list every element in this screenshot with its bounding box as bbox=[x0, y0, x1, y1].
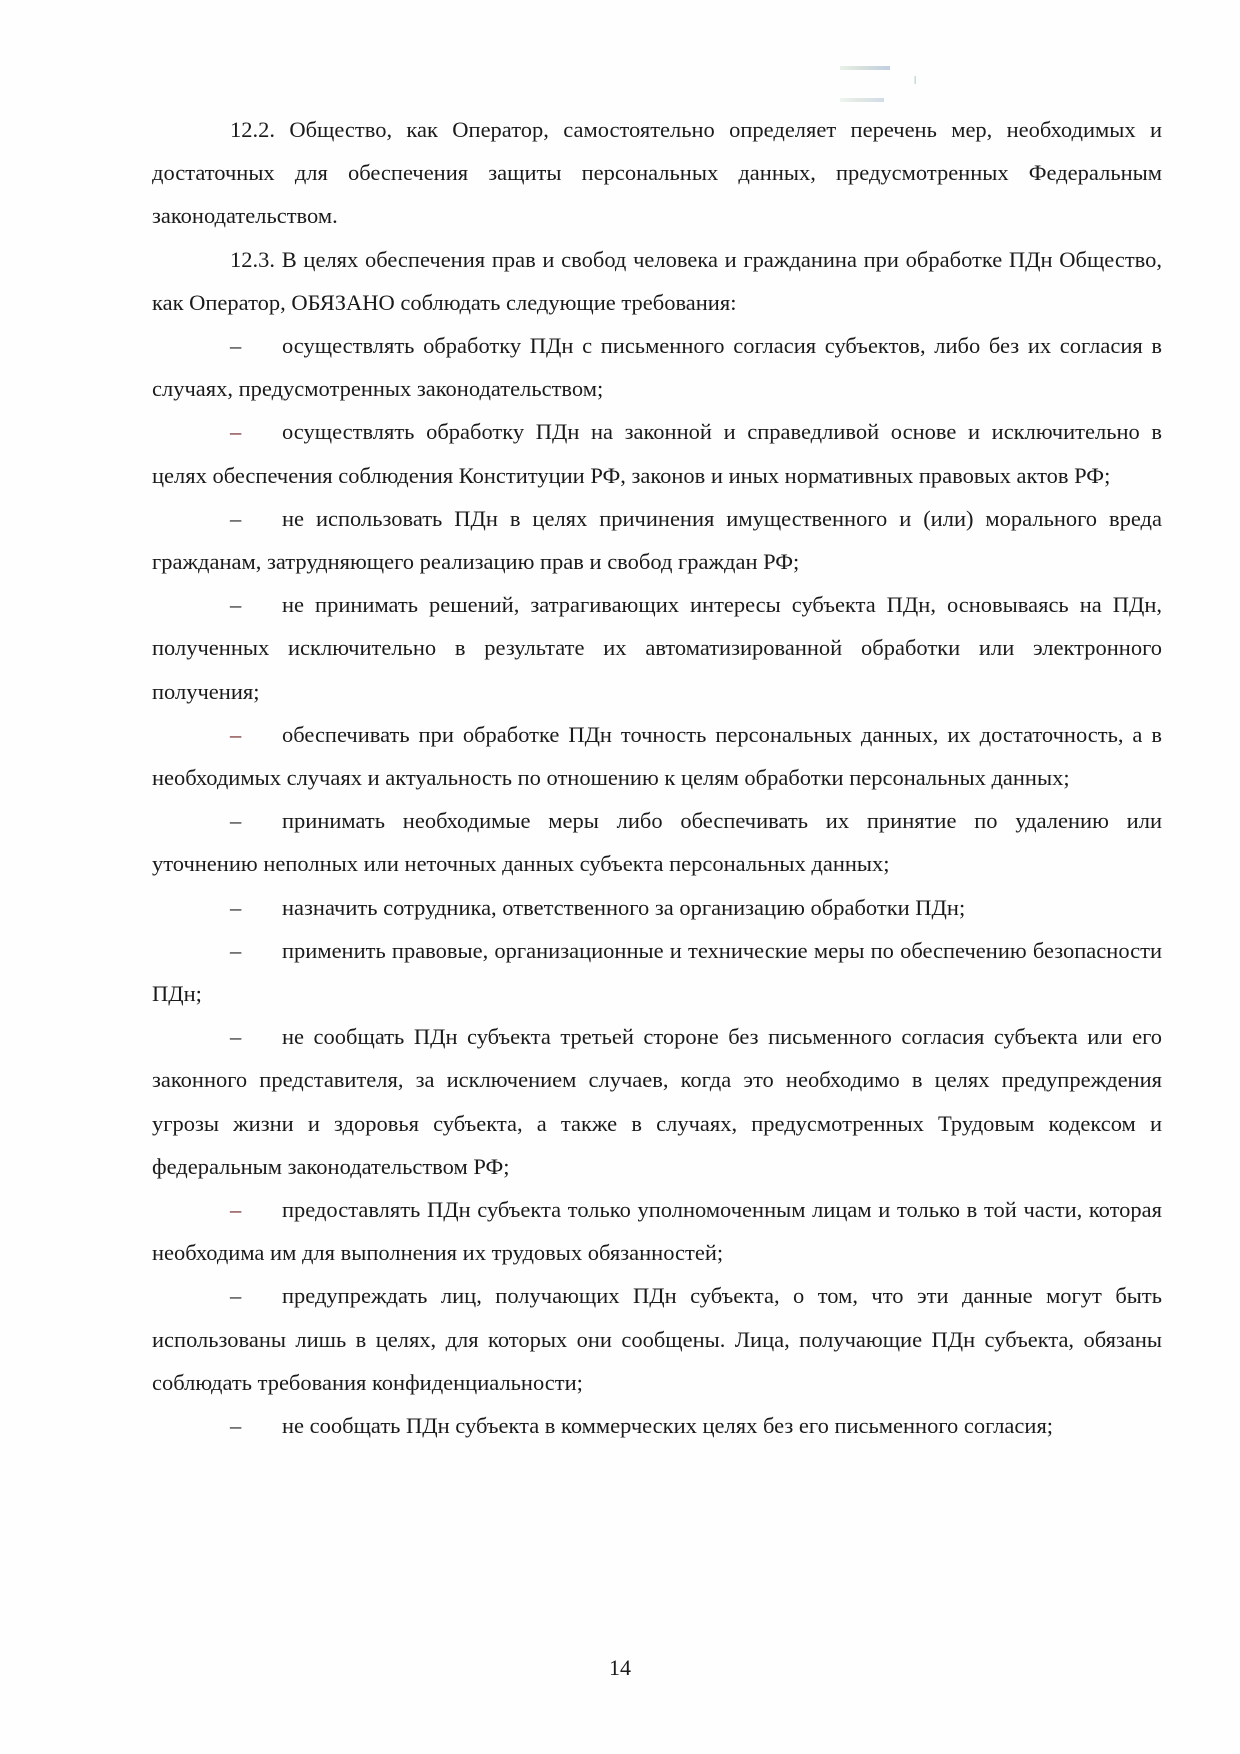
scan-artifact bbox=[914, 76, 916, 84]
requirement-item: –не сообщать ПДн субъекта третьей сторон… bbox=[152, 1015, 1162, 1188]
requirement-item: –не сообщать ПДн субъекта в коммерческих… bbox=[152, 1404, 1162, 1447]
requirement-item: –осуществлять обработку ПДн с письменног… bbox=[152, 324, 1162, 410]
document-page: 12.2. Общество, как Оператор, самостояте… bbox=[0, 0, 1240, 1754]
requirement-item: –обеспечивать при обработке ПДн точность… bbox=[152, 713, 1162, 799]
paragraph-12-3: 12.3. В целях обеспечения прав и свобод … bbox=[152, 238, 1162, 324]
requirement-text: предоставлять ПДн субъекта только уполно… bbox=[152, 1197, 1162, 1265]
requirement-text: не сообщать ПДн субъекта в коммерческих … bbox=[282, 1413, 1053, 1438]
requirement-item: –принимать необходимые меры либо обеспеч… bbox=[152, 799, 1162, 885]
dash-bullet-icon: – bbox=[230, 583, 250, 626]
requirement-text: назначить сотрудника, ответственного за … bbox=[282, 895, 965, 920]
requirement-text: не принимать решений, затрагивающих инте… bbox=[152, 592, 1162, 703]
requirement-text: предупреждать лиц, получающих ПДн субъек… bbox=[152, 1283, 1162, 1394]
dash-bullet-icon: – bbox=[230, 410, 250, 453]
requirement-item: –предоставлять ПДн субъекта только уполн… bbox=[152, 1188, 1162, 1274]
dash-bullet-icon: – bbox=[230, 929, 250, 972]
requirement-text: не сообщать ПДн субъекта третьей стороне… bbox=[152, 1024, 1162, 1179]
scan-artifact bbox=[840, 98, 884, 102]
document-body: 12.2. Общество, как Оператор, самостояте… bbox=[152, 108, 1162, 1447]
dash-bullet-icon: – bbox=[230, 1015, 250, 1058]
scan-artifact bbox=[840, 66, 890, 70]
requirement-item: –не принимать решений, затрагивающих инт… bbox=[152, 583, 1162, 713]
requirement-text: применить правовые, организационные и те… bbox=[152, 938, 1162, 1006]
requirement-text: осуществлять обработку ПДн с письменного… bbox=[152, 333, 1162, 401]
dash-bullet-icon: – bbox=[230, 799, 250, 842]
requirement-item: –применить правовые, организационные и т… bbox=[152, 929, 1162, 1015]
dash-bullet-icon: – bbox=[230, 886, 250, 929]
dash-bullet-icon: – bbox=[230, 1188, 250, 1231]
requirement-item: –не использовать ПДн в целях причинения … bbox=[152, 497, 1162, 583]
requirement-text: не использовать ПДн в целях причинения и… bbox=[152, 506, 1162, 574]
page-number: 14 bbox=[0, 1655, 1240, 1681]
dash-bullet-icon: – bbox=[230, 1404, 250, 1447]
requirement-item: –осуществлять обработку ПДн на законной … bbox=[152, 410, 1162, 496]
requirement-text: осуществлять обработку ПДн на законной и… bbox=[152, 419, 1162, 487]
requirement-item: –назначить сотрудника, ответственного за… bbox=[152, 886, 1162, 929]
dash-bullet-icon: – bbox=[230, 497, 250, 540]
requirement-item: –предупреждать лиц, получающих ПДн субъе… bbox=[152, 1274, 1162, 1404]
requirement-text: принимать необходимые меры либо обеспечи… bbox=[152, 808, 1162, 876]
paragraph-12-2: 12.2. Общество, как Оператор, самостояте… bbox=[152, 108, 1162, 238]
dash-bullet-icon: – bbox=[230, 713, 250, 756]
requirement-text: обеспечивать при обработке ПДн точность … bbox=[152, 722, 1162, 790]
dash-bullet-icon: – bbox=[230, 1274, 250, 1317]
dash-bullet-icon: – bbox=[230, 324, 250, 367]
